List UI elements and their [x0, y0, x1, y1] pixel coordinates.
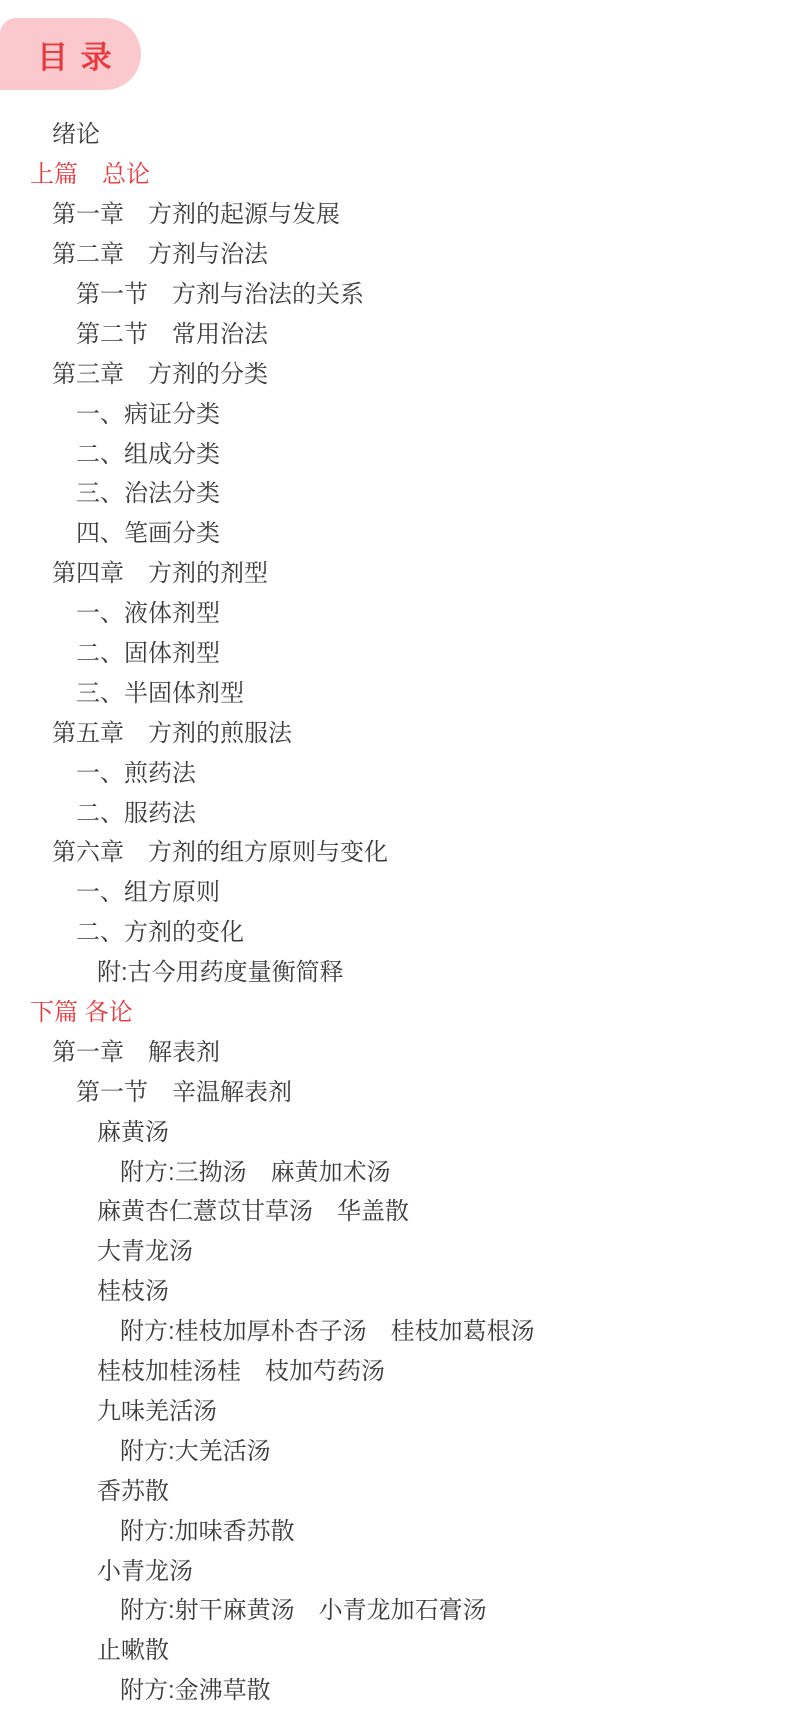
- toc-entry-label: 二、固体剂型: [76, 633, 220, 668]
- toc-header-title: 目 录: [37, 32, 114, 77]
- toc-entry-label: 一、液体剂型: [76, 593, 220, 628]
- toc-entry[interactable]: 一、煎药法: [0, 750, 790, 790]
- toc-entry-label: 附方:三拗汤 麻黄加术汤: [120, 1152, 391, 1187]
- toc-list: 绪论上篇 总论第一章 方剂的起源与发展第二章 方剂与治法第一节 方剂与治法的关系…: [0, 112, 790, 1708]
- toc-entry[interactable]: 附方:大羌活汤: [0, 1428, 790, 1468]
- toc-entry-label: 九味羌活汤: [97, 1391, 217, 1426]
- toc-entry[interactable]: 四、笔画分类: [0, 511, 790, 551]
- toc-entry-label: 附方:大羌活汤: [120, 1431, 271, 1466]
- toc-entry[interactable]: 三、治法分类: [0, 471, 790, 511]
- toc-entry-label: 附方:金沸草散: [120, 1670, 271, 1705]
- toc-entry[interactable]: 第二章 方剂与治法: [0, 232, 790, 272]
- toc-entry[interactable]: 第一章 方剂的起源与发展: [0, 192, 790, 232]
- toc-entry-label: 第一章 解表剂: [52, 1032, 220, 1067]
- toc-entry[interactable]: 一、组方原则: [0, 870, 790, 910]
- toc-entry[interactable]: 九味羌活汤: [0, 1389, 790, 1429]
- toc-entry[interactable]: 第一节 辛温解表剂: [0, 1069, 790, 1109]
- toc-entry[interactable]: 绪论: [0, 112, 790, 152]
- toc-entry[interactable]: 附方:金沸草散: [0, 1668, 790, 1708]
- toc-entry-label: 第二章 方剂与治法: [52, 234, 268, 269]
- toc-entry-label: 麻黄汤: [97, 1112, 169, 1147]
- toc-entry-label: 附:古今用药度量衡简释: [97, 952, 344, 987]
- toc-entry[interactable]: 二、固体剂型: [0, 631, 790, 671]
- toc-entry-label: 第四章 方剂的剂型: [52, 553, 268, 588]
- toc-entry[interactable]: 三、半固体剂型: [0, 670, 790, 710]
- toc-entry-label: 绪论: [52, 114, 100, 149]
- toc-entry[interactable]: 第五章 方剂的煎服法: [0, 710, 790, 750]
- toc-entry[interactable]: 麻黄汤: [0, 1109, 790, 1149]
- toc-entry[interactable]: 附:古今用药度量衡简释: [0, 950, 790, 990]
- toc-entry[interactable]: 一、病证分类: [0, 391, 790, 431]
- toc-entry[interactable]: 附方:射干麻黄汤 小青龙加石膏汤: [0, 1588, 790, 1628]
- toc-entry[interactable]: 二、方剂的变化: [0, 910, 790, 950]
- toc-entry-label: 第六章 方剂的组方原则与变化: [52, 832, 388, 867]
- toc-entry-label: 第三章 方剂的分类: [52, 354, 268, 389]
- toc-entry-label: 一、病证分类: [76, 394, 220, 429]
- toc-entry[interactable]: 第一章 解表剂: [0, 1029, 790, 1069]
- toc-entry[interactable]: 小青龙汤: [0, 1548, 790, 1588]
- toc-entry-label: 第一节 辛温解表剂: [76, 1072, 292, 1107]
- toc-entry-label: 二、服药法: [76, 793, 196, 828]
- toc-entry[interactable]: 麻黄杏仁薏苡甘草汤 华盖散: [0, 1189, 790, 1229]
- toc-entry-label: 一、组方原则: [76, 872, 220, 907]
- toc-entry[interactable]: 一、液体剂型: [0, 591, 790, 631]
- toc-entry-label: 桂枝加桂汤桂 枝加芍药汤: [97, 1351, 385, 1386]
- toc-entry[interactable]: 附方:桂枝加厚朴杏子汤 桂枝加葛根汤: [0, 1309, 790, 1349]
- toc-entry-label: 四、笔画分类: [76, 513, 220, 548]
- toc-entry-label: 第五章 方剂的煎服法: [52, 713, 292, 748]
- toc-entry[interactable]: 第三章 方剂的分类: [0, 351, 790, 391]
- toc-entry-label: 上篇 总论: [30, 154, 150, 189]
- toc-entry-label: 附方:加味香苏散: [120, 1511, 295, 1546]
- toc-entry[interactable]: 第一节 方剂与治法的关系: [0, 272, 790, 312]
- toc-entry[interactable]: 桂枝加桂汤桂 枝加芍药汤: [0, 1349, 790, 1389]
- toc-entry-label: 一、煎药法: [76, 753, 196, 788]
- toc-entry[interactable]: 第四章 方剂的剂型: [0, 551, 790, 591]
- toc-entry-label: 香苏散: [97, 1471, 169, 1506]
- toc-entry[interactable]: 附方:加味香苏散: [0, 1508, 790, 1548]
- toc-entry-label: 小青龙汤: [97, 1551, 193, 1586]
- toc-entry-label: 三、半固体剂型: [76, 673, 244, 708]
- toc-entry[interactable]: 桂枝汤: [0, 1269, 790, 1309]
- toc-header-badge: 目 录: [0, 18, 141, 90]
- toc-entry[interactable]: 附方:三拗汤 麻黄加术汤: [0, 1149, 790, 1189]
- toc-entry[interactable]: 第二节 常用治法: [0, 311, 790, 351]
- toc-entry[interactable]: 大青龙汤: [0, 1229, 790, 1269]
- toc-entry-label: 附方:射干麻黄汤 小青龙加石膏汤: [120, 1590, 487, 1625]
- toc-entry-label: 二、方剂的变化: [76, 912, 244, 947]
- toc-entry[interactable]: 下篇 各论: [0, 990, 790, 1030]
- toc-entry[interactable]: 二、服药法: [0, 790, 790, 830]
- toc-entry-label: 第一章 方剂的起源与发展: [52, 194, 340, 229]
- toc-entry-label: 第一节 方剂与治法的关系: [76, 274, 364, 309]
- toc-entry[interactable]: 第六章 方剂的组方原则与变化: [0, 830, 790, 870]
- toc-entry-label: 二、组成分类: [76, 434, 220, 469]
- toc-entry-label: 附方:桂枝加厚朴杏子汤 桂枝加葛根汤: [120, 1311, 535, 1346]
- toc-page: 目 录 绪论上篇 总论第一章 方剂的起源与发展第二章 方剂与治法第一节 方剂与治…: [0, 0, 790, 1713]
- toc-entry-label: 下篇 各论: [30, 992, 133, 1027]
- toc-entry-label: 大青龙汤: [97, 1231, 193, 1266]
- toc-entry[interactable]: 上篇 总论: [0, 152, 790, 192]
- toc-entry[interactable]: 止嗽散: [0, 1628, 790, 1668]
- toc-entry-label: 第二节 常用治法: [76, 314, 268, 349]
- toc-entry-label: 桂枝汤: [97, 1271, 169, 1306]
- toc-entry[interactable]: 二、组成分类: [0, 431, 790, 471]
- toc-entry[interactable]: 香苏散: [0, 1468, 790, 1508]
- toc-entry-label: 止嗽散: [97, 1630, 169, 1665]
- toc-entry-label: 麻黄杏仁薏苡甘草汤 华盖散: [97, 1191, 409, 1226]
- toc-entry-label: 三、治法分类: [76, 473, 220, 508]
